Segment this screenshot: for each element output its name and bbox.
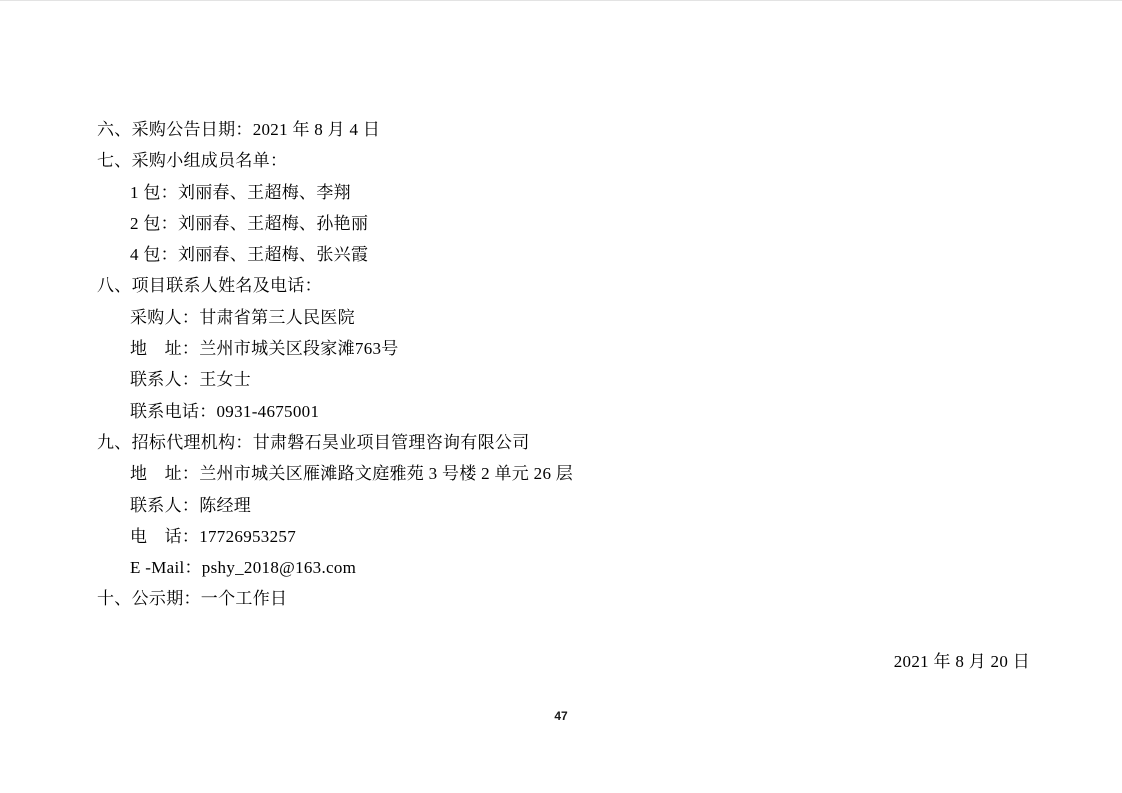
package-2-members: 2 包：刘丽春、王超梅、孙艳丽 <box>130 208 1030 239</box>
agency-contact-person: 联系人：陈经理 <box>130 490 1030 521</box>
agency-address: 地 址：兰州市城关区雁滩路文庭雅苑 3 号楼 2 单元 26 层 <box>130 458 1030 489</box>
document-body: 六、采购公告日期：2021 年 8 月 4 日 七、采购小组成员名单： 1 包：… <box>97 114 1030 677</box>
page-number: 47 <box>0 709 1122 723</box>
section-10-publicity-period: 十、公示期：一个工作日 <box>97 583 1030 614</box>
signature-date: 2021 年 8 月 20 日 <box>97 646 1030 677</box>
document-page: 六、采购公告日期：2021 年 8 月 4 日 七、采购小组成员名单： 1 包：… <box>0 0 1122 793</box>
agency-phone: 电 话：17726953257 <box>130 521 1030 552</box>
purchaser-name: 采购人：甘肃省第三人民医院 <box>130 302 1030 333</box>
purchaser-contact-phone: 联系电话：0931-4675001 <box>130 396 1030 427</box>
section-9-bidding-agency: 九、招标代理机构：甘肃磐石昊业项目管理咨询有限公司 <box>97 427 1030 458</box>
package-4-members: 4 包：刘丽春、王超梅、张兴霞 <box>130 239 1030 270</box>
section-6-purchase-announcement-date: 六、采购公告日期：2021 年 8 月 4 日 <box>97 114 1030 145</box>
purchaser-address: 地 址：兰州市城关区段家滩763号 <box>130 333 1030 364</box>
package-1-members: 1 包：刘丽春、王超梅、李翔 <box>130 177 1030 208</box>
agency-email: E -Mail：pshy_2018@163.com <box>130 552 1030 583</box>
section-8-project-contact-heading: 八、项目联系人姓名及电话： <box>97 270 1030 301</box>
section-7-purchase-group-members-heading: 七、采购小组成员名单： <box>97 145 1030 176</box>
blank-line <box>97 615 1030 646</box>
purchaser-contact-person: 联系人：王女士 <box>130 364 1030 395</box>
